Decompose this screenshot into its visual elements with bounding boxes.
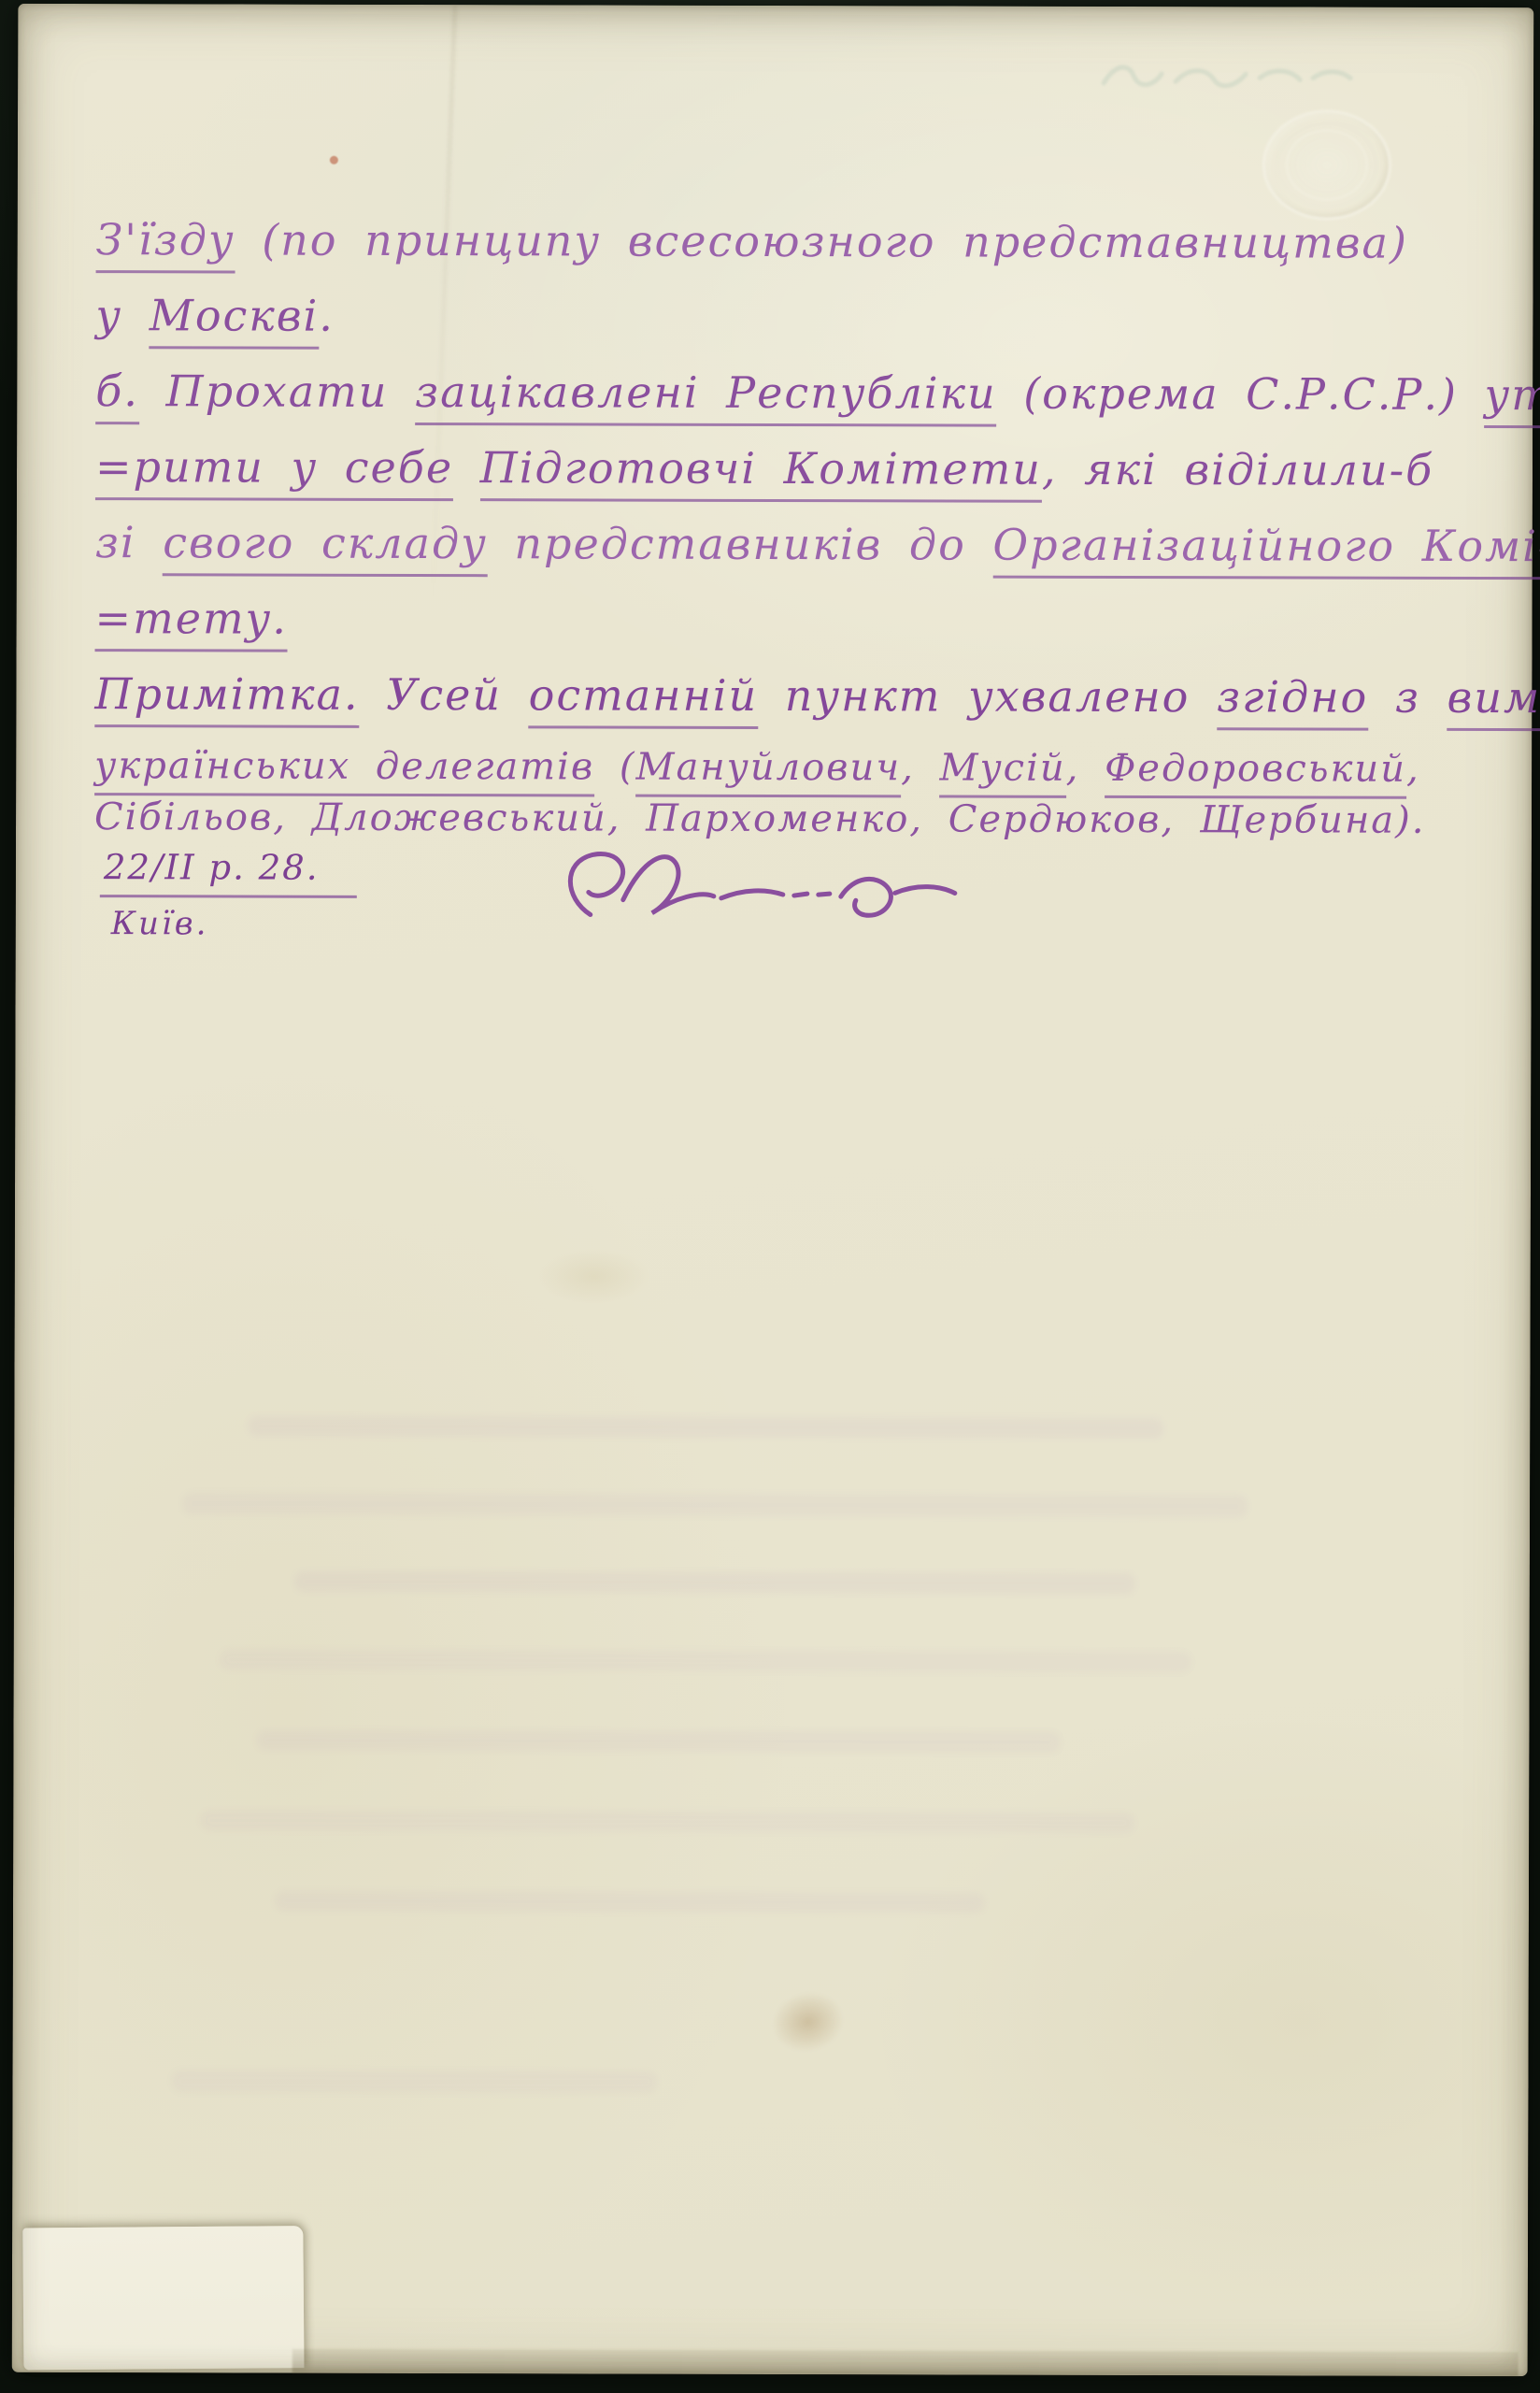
stain [538,1248,650,1304]
handwritten-text: Сібільов, Дложевський, Пархоменко, Сердю… [94,795,1426,842]
handwritten-text: з [1368,672,1447,723]
handwritten-text: представників до [488,518,993,569]
place-line: Київ. [111,905,357,943]
handwritten-text: (окрема С.Р.С.Р.) [997,368,1485,420]
handwritten-text: пункт ухвалено [758,670,1217,722]
underlined-text: зацікавлені Республіки [415,366,997,427]
backing-corner [22,2226,304,2370]
underlined-text: Мусій [939,746,1065,797]
handwritten-text: , [1406,748,1420,791]
ink-showthrough [275,1891,985,1913]
ink-showthrough [200,1810,1134,1833]
handwritten-text: , [1066,747,1105,790]
ink-showthrough [248,1416,1163,1440]
underlined-text: Мануйлович [635,746,901,798]
handwritten-text [453,442,480,493]
manuscript-page: З'їзду (по принципу всесоюзного представ… [12,4,1534,2376]
photo-background: З'їзду (по принципу всесоюзного представ… [0,0,1540,2393]
handwritten-line: б. Прохати зацікавлені Республіки (окрем… [95,363,1490,442]
handwritten-line: зі свого складу представників до Організ… [95,514,1490,594]
ink-showthrough [182,1492,1248,1517]
handwritten-text: Прохати [139,365,415,417]
underlined-text: Федоровський [1105,747,1406,799]
embossed-stamp [1262,109,1391,220]
handwritten-text: у [95,290,149,340]
handwritten-line: З'їзду (по принципу всесоюзного представ… [96,211,1490,291]
underlined-text: згідно [1217,671,1368,730]
ink-showthrough [256,1730,1060,1753]
underlined-text: українських делегатів [94,744,594,796]
handwritten-line: Сібільов, Дложевський, Пархоменко, Сердю… [94,793,1489,848]
underlined-text: б. [95,365,139,424]
underlined-text: Організаційного Комі- [992,520,1540,580]
handwritten-line: українських делегатів (Мануйлович, Мусій… [94,741,1489,796]
underlined-text: =рити у себе [95,441,453,501]
stain [766,1985,849,2059]
ink-showthrough [171,2070,657,2093]
handwritten-line: =рити у себе Підготовчі Комітети, які ві… [95,438,1490,518]
embossed-stamp-inner-ring [1286,129,1368,200]
handwritten-text: . [319,291,335,341]
ink-showthrough [294,1571,1135,1594]
underlined-text: вимогою [1447,672,1540,732]
ink-showthrough [220,1649,1191,1672]
manuscript-text: З'їзду (по принципу всесоюзного представ… [16,211,1533,848]
date-place-block: 22/ІІ р. 28. Київ. [100,847,357,943]
handwritten-line: =тету. [94,590,1489,669]
stain [330,156,338,165]
faded-ink-mark [1096,46,1367,112]
handwritten-text: зі [95,517,164,567]
handwritten-text: ( [594,745,635,788]
underlined-text: Москві [150,290,320,349]
handwritten-text: (по принципу всесоюзного представництва) [235,214,1408,267]
handwritten-text: , які віділили-б [1042,444,1433,495]
handwritten-line: Примітка. Усей останній пункт ухвалено з… [94,666,1489,745]
handwritten-text: , [901,746,940,789]
paper-bottom-shadow [292,2349,1519,2376]
handwritten-line: у Москві. [95,287,1490,366]
underlined-text: останній [529,669,759,729]
underlined-text: Примітка. [94,668,359,728]
handwritten-text: Усей [360,669,529,720]
signature [553,841,992,950]
underlined-text: утво- [1484,369,1540,428]
underlined-text: Підготовчі Комітети [480,442,1042,503]
underlined-text: З'їзду [96,214,235,273]
date-line: 22/ІІ р. 28. [100,847,357,898]
underlined-text: свого складу [163,517,488,577]
underlined-text: =тету. [95,593,288,652]
